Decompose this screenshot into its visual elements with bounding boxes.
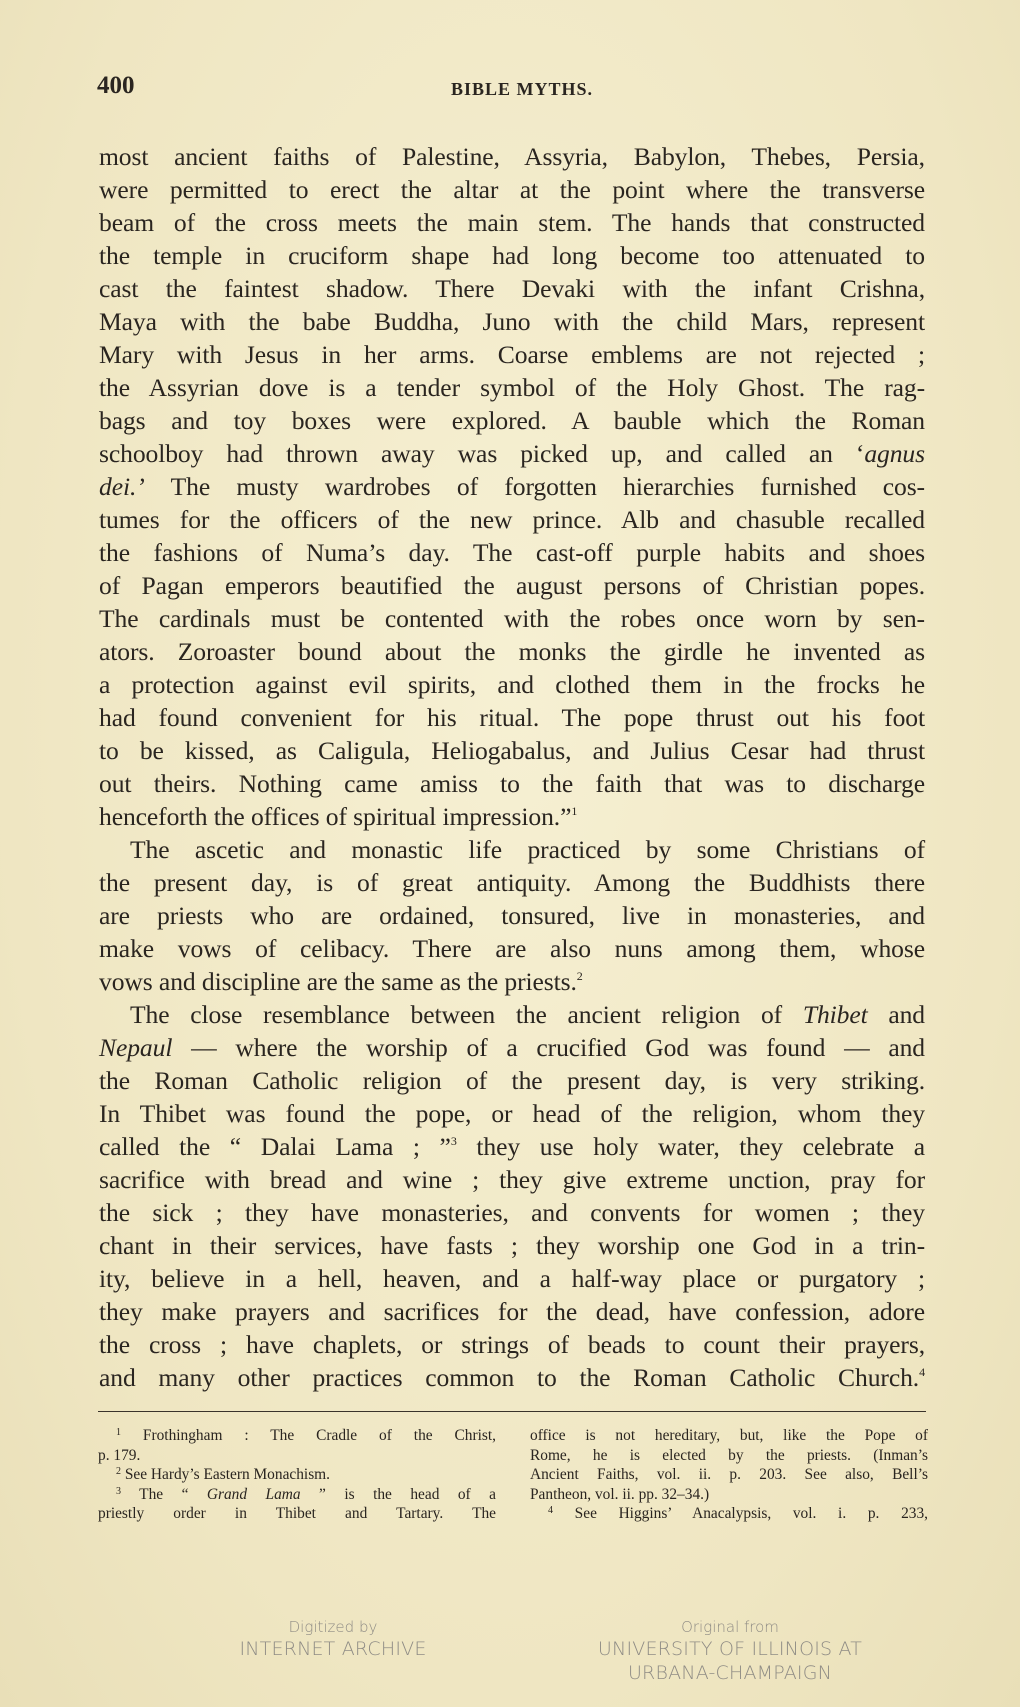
footnote-line: p. 179.: [98, 1446, 496, 1466]
footnote-line: Ancient Faiths, vol. ii. p. 203. See als…: [530, 1465, 928, 1485]
text-span: and: [868, 1000, 925, 1029]
text-span: the temple in cruciform shape had long b…: [99, 241, 925, 270]
text-line: the Assyrian dove is a tender symbol of …: [99, 371, 925, 404]
text-span: The musty wardrobes of forgotten hierarc…: [145, 472, 925, 501]
text-span: the present day, is of great antiquity. …: [99, 868, 925, 897]
text-line: the present day, is of great antiquity. …: [99, 866, 925, 899]
footnote-line: Rome, he is elected by the priests. (Inm…: [530, 1446, 928, 1466]
watermark-caption: Original from: [565, 1617, 895, 1637]
page-header: 400 BIBLE MYTHS.: [97, 72, 947, 108]
footnote-line: 3 The “ Grand Lama ” is the head of a: [98, 1485, 496, 1505]
text-span: cast the faintest shadow. There Devaki w…: [99, 274, 925, 303]
text-span: Maya with the babe Buddha, Juno with the…: [99, 307, 925, 336]
text-span: the fashions of Numa’s day. The cast-off…: [99, 538, 925, 567]
text-span: ators. Zoroaster bound about the monks t…: [99, 637, 925, 666]
text-line: Maya with the babe Buddha, Juno with the…: [99, 305, 925, 338]
text-line: The cardinals must be contented with the…: [99, 602, 925, 635]
text-span: out theirs. Nothing came amiss to the fa…: [99, 769, 925, 798]
italic-term: dei.’: [99, 472, 145, 501]
italic-term: Grand Lama: [207, 1486, 301, 1503]
text-span: chant in their services, have fasts ; th…: [99, 1231, 925, 1260]
footnote-text: ” is the head of a: [301, 1486, 496, 1503]
text-line: they make prayers and sacrifices for the…: [99, 1295, 925, 1328]
text-line: the fashions of Numa’s day. The cast-off…: [99, 536, 925, 569]
footnote-ref: 4: [919, 1365, 925, 1379]
text-span: henceforth the offices of spiritual impr…: [99, 802, 571, 831]
footnotes-left-column: 1 Frothingham : The Cradle of the Christ…: [98, 1426, 496, 1524]
footnote-text: Pantheon, vol. ii. pp. 32–34.): [530, 1486, 709, 1503]
text-line: dei.’ The musty wardrobes of forgotten h…: [99, 470, 925, 503]
text-line: a protection against evil spirits, and c…: [99, 668, 925, 701]
text-span: to be kissed, as Caligula, Heliogabalus,…: [99, 736, 925, 765]
footnote-text: p. 179.: [98, 1447, 140, 1464]
text-span: In Thibet was found the pope, or head of…: [99, 1099, 925, 1128]
footnote-line: 4 See Higgins’ Anacalypsis, vol. i. p. 2…: [530, 1504, 928, 1524]
watermark-caption: Digitized by: [218, 1617, 448, 1637]
footnote-text: The “: [121, 1486, 207, 1503]
text-span: schoolboy had thrown away was picked up,…: [99, 439, 864, 468]
text-line: out theirs. Nothing came amiss to the fa…: [99, 767, 925, 800]
text-span: the sick ; they have monasteries, and co…: [99, 1198, 925, 1227]
text-line: make vows of celibacy. There are also nu…: [99, 932, 925, 965]
text-line: The close resemblance between the ancien…: [99, 998, 925, 1031]
text-span: are priests who are ordained, tonsured, …: [99, 901, 925, 930]
text-span: a protection against evil spirits, and c…: [99, 670, 925, 699]
text-line: were permitted to erect the altar at the…: [99, 173, 925, 206]
text-line: henceforth the offices of spiritual impr…: [99, 800, 925, 833]
text-span: and many other practices common to the R…: [99, 1363, 919, 1392]
digitized-by-watermark: Digitized by INTERNET ARCHIVE: [218, 1617, 448, 1661]
text-span: vows and discipline are the same as the …: [99, 967, 577, 996]
text-span: tumes for the officers of the new prince…: [99, 505, 925, 534]
italic-term: Nepaul: [99, 1033, 172, 1062]
body-text: most ancient faiths of Palestine, Assyri…: [99, 140, 925, 1394]
footnote-text: priestly order in Thibet and Tartary. Th…: [98, 1505, 496, 1522]
footnote-ref: 1: [571, 804, 577, 818]
text-span: they make prayers and sacrifices for the…: [99, 1297, 925, 1326]
text-span: — where the worship of a crucified God w…: [172, 1033, 925, 1062]
text-span: the Roman Catholic religion of the prese…: [99, 1066, 925, 1095]
text-span: Mary with Jesus in her arms. Coarse embl…: [99, 340, 925, 369]
footnote-text: See Higgins’ Anacalypsis, vol. i. p. 233…: [553, 1505, 928, 1522]
footnote-text: Frothingham : The Cradle of the Christ,: [121, 1427, 496, 1444]
footnote-line: Pantheon, vol. ii. pp. 32–34.): [530, 1485, 928, 1505]
text-line: Nepaul — where the worship of a crucifie…: [99, 1031, 925, 1064]
footnote-text: Ancient Faiths, vol. ii. p. 203. See als…: [530, 1466, 928, 1483]
text-span: of Pagan emperors beautified the august …: [99, 571, 925, 600]
text-line: to be kissed, as Caligula, Heliogabalus,…: [99, 734, 925, 767]
text-line: Mary with Jesus in her arms. Coarse embl…: [99, 338, 925, 371]
footnotes-right-column: office is not hereditary, but, like the …: [530, 1426, 928, 1524]
footnote-line: 2 See Hardy’s Eastern Monachism.: [98, 1465, 496, 1485]
text-line: ity, believe in a hell, heaven, and a ha…: [99, 1262, 925, 1295]
text-line: are priests who are ordained, tonsured, …: [99, 899, 925, 932]
watermark-source: UNIVERSITY OF ILLINOIS AT: [565, 1637, 895, 1661]
footnotes: 1 Frothingham : The Cradle of the Christ…: [98, 1426, 928, 1524]
text-line: chant in their services, have fasts ; th…: [99, 1229, 925, 1262]
text-line: the temple in cruciform shape had long b…: [99, 239, 925, 272]
text-line: In Thibet was found the pope, or head of…: [99, 1097, 925, 1130]
running-title: BIBLE MYTHS.: [97, 79, 947, 100]
text-span: sacrifice with bread and wine ; they giv…: [99, 1165, 925, 1194]
text-line: the cross ; have chaplets, or strings of…: [99, 1328, 925, 1361]
text-span: The cardinals must be contented with the…: [99, 604, 925, 633]
text-span: ity, believe in a hell, heaven, and a ha…: [99, 1264, 925, 1293]
italic-term: Thibet: [803, 1000, 868, 1029]
text-span: the Assyrian dove is a tender symbol of …: [99, 373, 925, 402]
text-span: make vows of celibacy. There are also nu…: [99, 934, 925, 963]
text-line: had found convenient for his ritual. The…: [99, 701, 925, 734]
footnote-text: See Hardy’s Eastern Monachism.: [121, 1466, 330, 1483]
text-line: bags and toy boxes were explored. A baub…: [99, 404, 925, 437]
text-line: the sick ; they have monasteries, and co…: [99, 1196, 925, 1229]
footnote-line: priestly order in Thibet and Tartary. Th…: [98, 1504, 496, 1524]
text-span: bags and toy boxes were explored. A baub…: [99, 406, 925, 435]
text-line: the Roman Catholic religion of the prese…: [99, 1064, 925, 1097]
text-line: schoolboy had thrown away was picked up,…: [99, 437, 925, 470]
watermark-source: INTERNET ARCHIVE: [218, 1637, 448, 1661]
text-span: most ancient faiths of Palestine, Assyri…: [99, 142, 925, 171]
original-from-watermark: Original from UNIVERSITY OF ILLINOIS AT …: [565, 1617, 895, 1685]
watermark-source: URBANA-CHAMPAIGN: [565, 1661, 895, 1685]
text-span: the cross ; have chaplets, or strings of…: [99, 1330, 925, 1359]
text-line: vows and discipline are the same as the …: [99, 965, 925, 998]
text-line: most ancient faiths of Palestine, Assyri…: [99, 140, 925, 173]
text-line: sacrifice with bread and wine ; they giv…: [99, 1163, 925, 1196]
text-line: cast the faintest shadow. There Devaki w…: [99, 272, 925, 305]
footnote-line: office is not hereditary, but, like the …: [530, 1426, 928, 1446]
text-line: ators. Zoroaster bound about the monks t…: [99, 635, 925, 668]
footnote-ref: 2: [577, 969, 583, 983]
text-line: and many other practices common to the R…: [99, 1361, 925, 1394]
footnote-text: Rome, he is elected by the priests. (Inm…: [530, 1447, 928, 1464]
footnote-divider: [98, 1411, 926, 1412]
footnote-line: 1 Frothingham : The Cradle of the Christ…: [98, 1426, 496, 1446]
italic-term: agnus: [864, 439, 925, 468]
text-span: were permitted to erect the altar at the…: [99, 175, 925, 204]
footnote-text: office is not hereditary, but, like the …: [530, 1427, 928, 1444]
text-line: beam of the cross meets the main stem. T…: [99, 206, 925, 239]
text-line: The ascetic and monastic life practiced …: [99, 833, 925, 866]
text-span: they use holy water, they celebrate a: [457, 1132, 925, 1161]
text-span: The close resemblance between the ancien…: [130, 1000, 803, 1029]
text-span: had found convenient for his ritual. The…: [99, 703, 925, 732]
text-span: beam of the cross meets the main stem. T…: [99, 208, 925, 237]
text-line: tumes for the officers of the new prince…: [99, 503, 925, 536]
text-line: of Pagan emperors beautified the august …: [99, 569, 925, 602]
text-line: called the “ Dalai Lama ; ”3 they use ho…: [99, 1130, 925, 1163]
text-span: called the “ Dalai Lama ; ”: [99, 1132, 451, 1161]
text-span: The ascetic and monastic life practiced …: [130, 835, 925, 864]
